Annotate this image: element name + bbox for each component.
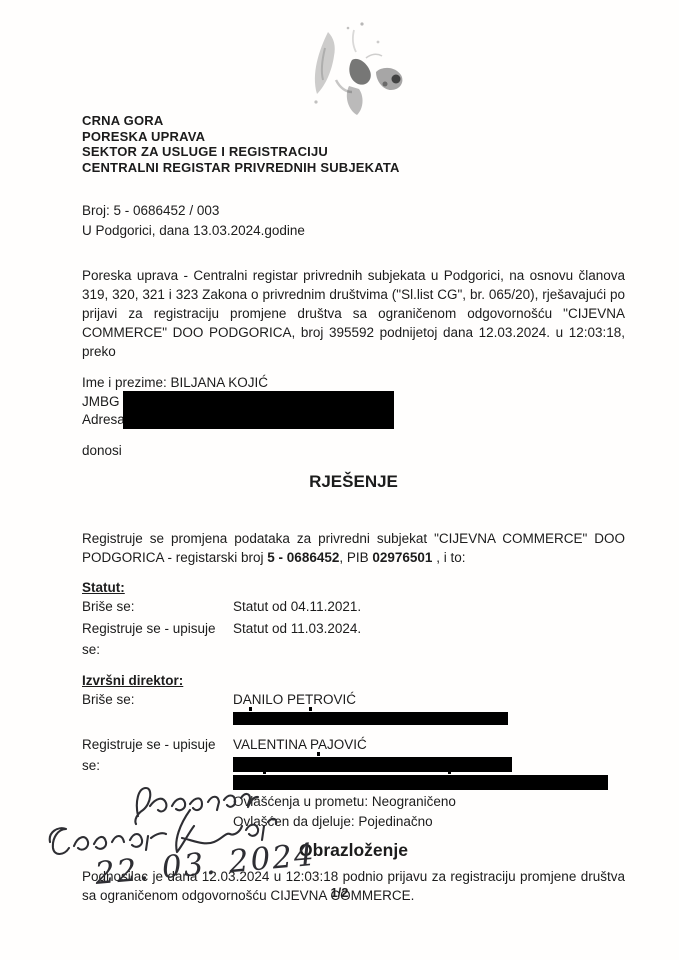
row-value: Statut od 11.03.2024. (233, 618, 625, 660)
redaction-artifact (249, 707, 252, 711)
redaction-artifact (263, 770, 266, 774)
letterhead-line: SEKTOR ZA USLUGE I REGISTRACIJU (82, 144, 625, 160)
page-number: 1/2 (0, 885, 679, 900)
coat-of-arms-watermark (292, 18, 422, 118)
row-value: DANILO PETROVIĆ (233, 689, 625, 725)
intro-paragraph: Poreska uprava - Centralni registar priv… (82, 266, 625, 361)
letterhead: CRNA GORA PORESKA UPRAVA SEKTOR ZA USLUG… (82, 113, 625, 176)
document-meta: Broj: 5 - 0686452 / 003 U Podgorici, dan… (82, 201, 625, 241)
donosi-text: donosi (82, 443, 625, 458)
registration-text: , PIB (339, 550, 372, 565)
handwritten-date: 22. 03. 2024 (93, 837, 317, 892)
redaction-bar (233, 757, 512, 772)
pib-number: 02976501 (372, 550, 432, 565)
case-number: Broj: 5 - 0686452 / 003 (82, 201, 625, 221)
registry-number: 5 - 0686452 (267, 550, 339, 565)
redaction-artifact (317, 752, 320, 756)
letterhead-line: CENTRALNI REGISTAR PRIVREDNIH SUBJEKATA (82, 160, 625, 176)
applicant-block: Ime i prezime: BILJANA KOJIĆ JMBG i Adre… (82, 374, 625, 430)
decision-title: RJEŠENJE (82, 472, 625, 492)
registration-text: , i to: (432, 550, 465, 565)
new-director-name: VALENTINA PAJOVIĆ (233, 734, 625, 755)
redaction-artifact (448, 770, 451, 774)
row-value: Statut od 04.11.2021. (233, 596, 625, 617)
deleted-director-name: DANILO PETROVIĆ (233, 689, 625, 710)
statut-heading: Statut: (82, 580, 625, 595)
direktor-heading: Izvršni direktor: (82, 673, 625, 688)
row-label: Briše se: (82, 596, 233, 617)
redaction-bar (123, 391, 394, 429)
applicant-name: Ime i prezime: BILJANA KOJIĆ (82, 374, 625, 393)
statut-row-upisuje: Registruje se - upisuje se: Statut od 11… (82, 618, 625, 660)
direktor-row-brise: Briše se: DANILO PETROVIĆ (82, 689, 625, 725)
letterhead-line: PORESKA UPRAVA (82, 129, 625, 145)
row-label: Briše se: (82, 689, 233, 725)
place-and-date: U Podgorici, dana 13.03.2024.godine (82, 221, 625, 241)
document-page: CRNA GORA PORESKA UPRAVA SEKTOR ZA USLUG… (0, 0, 679, 960)
row-label: Registruje se - upisuje se: (82, 618, 233, 660)
redaction-bar (233, 712, 508, 725)
registration-paragraph: Registruje se promjena podataka za privr… (82, 529, 625, 567)
statut-row-brise: Briše se: Statut od 04.11.2021. (82, 596, 625, 617)
redaction-artifact (309, 707, 312, 711)
coat-of-arms-icon (292, 18, 422, 118)
